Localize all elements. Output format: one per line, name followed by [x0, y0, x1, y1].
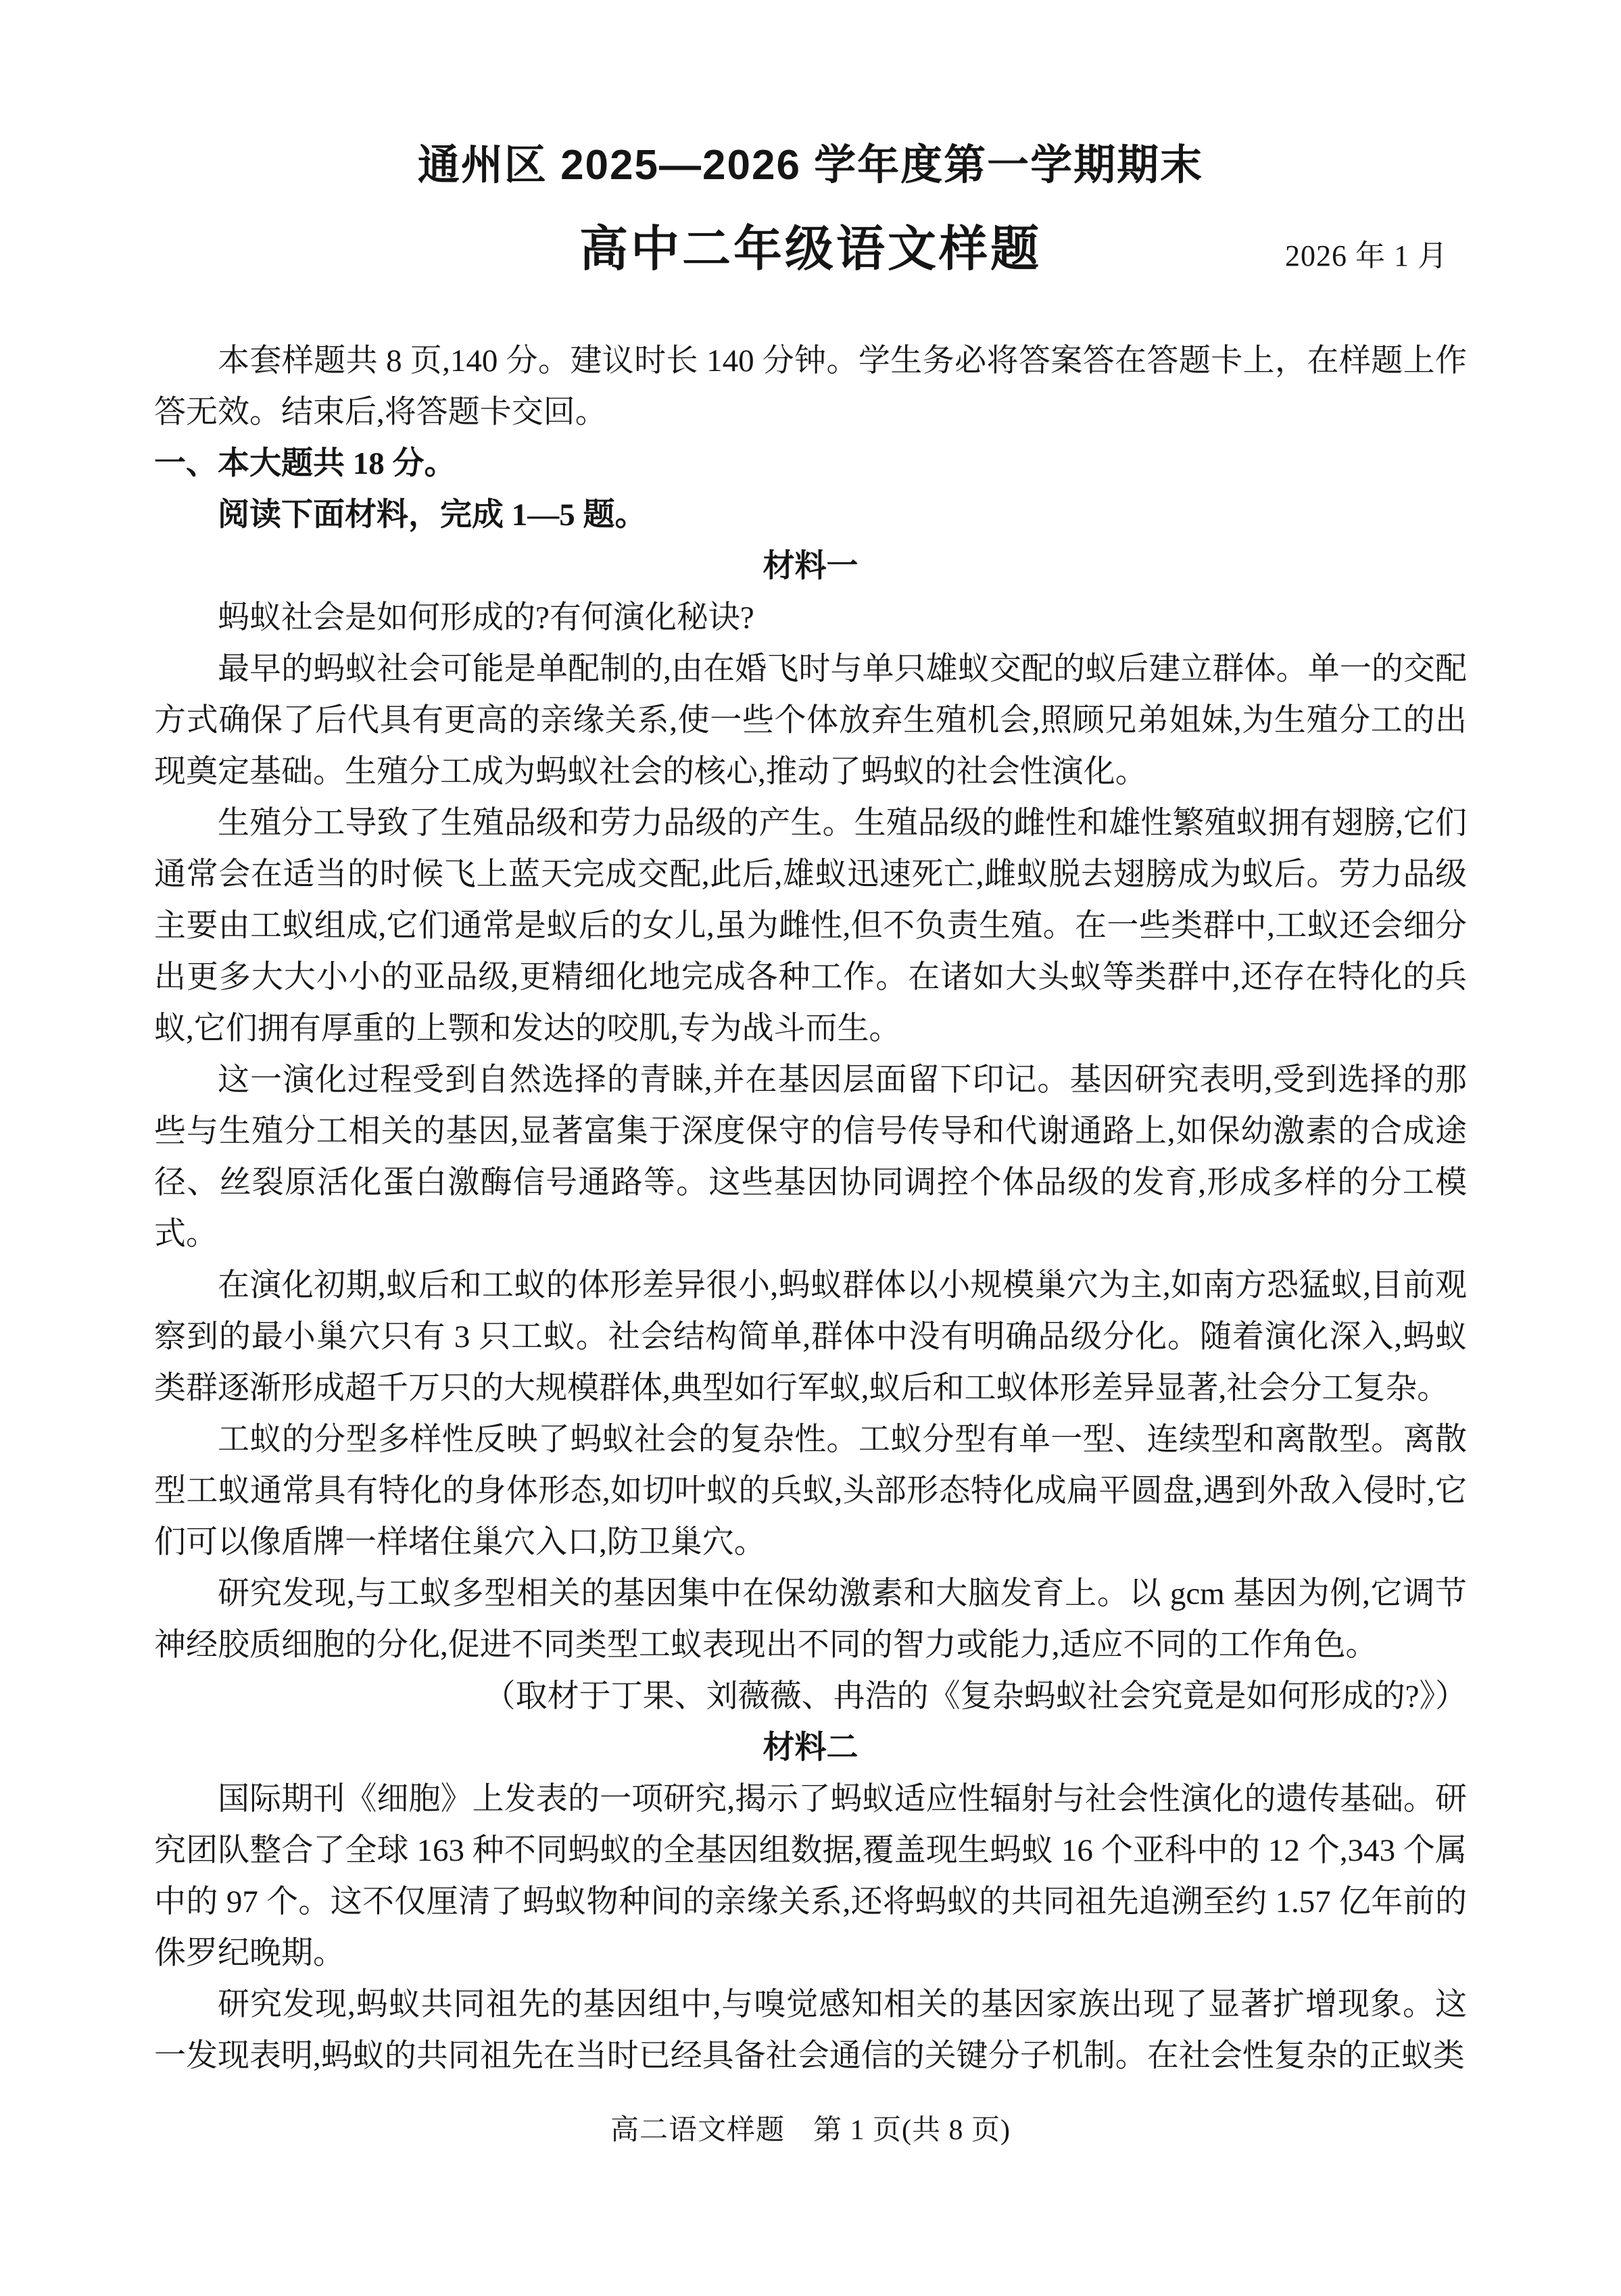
material-two-paragraph-2: 研究发现,蚂蚁共同祖先的基因组中,与嗅觉感知相关的基因家族出现了显著扩增现象。这… — [154, 1979, 1467, 2082]
exam-subtitle: 高中二年级语文样题 — [579, 219, 1042, 280]
material-one-paragraph-2: 最早的蚂蚁社会可能是单配制的,由在婚飞时与单只雄蚁交配的蚁后建立群体。单一的交配… — [154, 643, 1467, 798]
footer-page-number: 第 1 页(共 8 页) — [813, 2115, 1011, 2146]
page-footer: 高二语文样题第 1 页(共 8 页) — [0, 2107, 1621, 2148]
footer-doc-label: 高二语文样题 — [610, 2115, 785, 2146]
section-one-instruction: 阅读下面材料，完成 1—5 题。 — [154, 489, 1467, 541]
material-one-paragraph-6: 工蚁的分型多样性反映了蚂蚁社会的复杂性。工蚁分型有单一型、连续型和离散型。离散型… — [154, 1414, 1467, 1568]
material-one-paragraph-4: 这一演化过程受到自然选择的青睐,并在基因层面留下印记。基因研究表明,受到选择的那… — [154, 1054, 1467, 1260]
subtitle-row: 高中二年级语文样题 2026 年 1 月 — [154, 219, 1467, 280]
exam-instructions: 本套样题共 8 页,140 分。建议时长 140 分钟。学生务必将答案答在答题卡… — [154, 335, 1467, 438]
exam-paper-page: 通州区 2025—2026 学年度第一学期期末 高中二年级语文样题 2026 年… — [0, 0, 1621, 2296]
material-one-paragraph-5: 在演化初期,蚁后和工蚁的体形差异很小,蚂蚁群体以小规模巢穴为主,如南方恐猛蚁,目… — [154, 1260, 1467, 1414]
exam-date: 2026 年 1 月 — [1285, 231, 1448, 274]
material-two-paragraph-1: 国际期刊《细胞》上发表的一项研究,揭示了蚂蚁适应性辐射与社会性演化的遗传基础。研… — [154, 1774, 1467, 1979]
material-one-heading: 材料一 — [154, 541, 1467, 592]
exam-title: 通州区 2025—2026 学年度第一学期期末 — [154, 141, 1467, 191]
material-one-paragraph-3: 生殖分工导致了生殖品级和劳力品级的产生。生殖品级的雌性和雄性繁殖蚁拥有翅膀,它们… — [154, 798, 1467, 1054]
section-one-heading: 一、本大题共 18 分。 — [154, 438, 1467, 489]
material-one-paragraph-7: 研究发现,与工蚁多型相关的基因集中在保幼激素和大脑发育上。以 gcm 基因为例,… — [154, 1568, 1467, 1671]
material-two-heading: 材料二 — [154, 1722, 1467, 1774]
material-one-paragraph-1: 蚂蚁社会是如何形成的?有何演化秘诀? — [154, 592, 1467, 643]
material-one-attribution: （取材于丁果、刘薇薇、冉浩的《复杂蚂蚁社会究竟是如何形成的?》） — [154, 1671, 1467, 1722]
exam-content: 本套样题共 8 页,140 分。建议时长 140 分钟。学生务必将答案答在答题卡… — [154, 335, 1467, 2082]
